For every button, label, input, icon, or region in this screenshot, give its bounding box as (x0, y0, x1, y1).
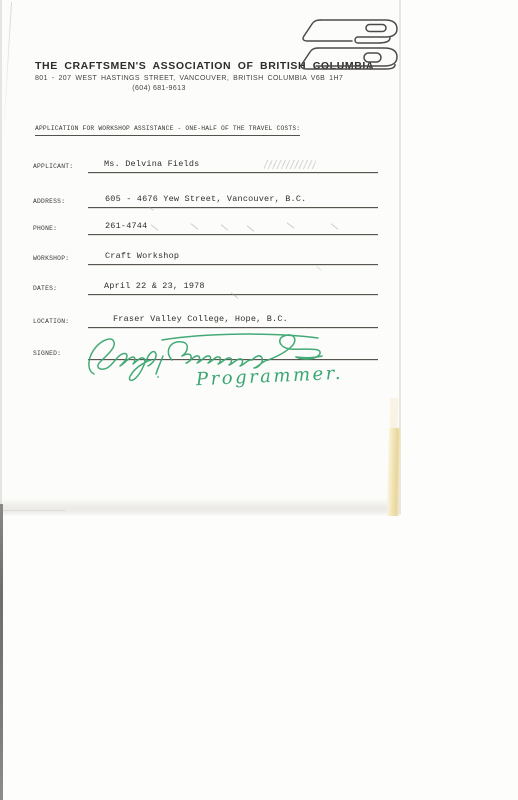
field-label-location: LOCATION: (33, 318, 69, 325)
field-line (88, 234, 378, 235)
field-value-location: Fraser Valley College, Hope, B.C. (113, 314, 288, 324)
field-value-applicant: Ms. Delvina Fields (104, 159, 199, 169)
field-line (88, 264, 378, 265)
backing-sheet-edge (0, 504, 3, 800)
scanned-document: THE CRAFTSMEN'S ASSOCIATION OF BRITISH C… (0, 0, 518, 800)
field-label-workshop: WORKSHOP: (33, 255, 69, 262)
field-value-dates: April 22 & 23, 1978 (104, 281, 205, 291)
yellowed-page-edge (387, 428, 401, 516)
field-label-dates: DATES: (33, 285, 57, 292)
field-label-signed: SIGNED: (33, 350, 61, 357)
field-line (88, 172, 378, 173)
sheet-bottom-edge-line (3, 510, 65, 511)
field-value-phone: 261-4744 (105, 221, 147, 231)
field-line (88, 207, 378, 208)
org-phone: (604) 681-9613 (35, 85, 283, 92)
sheet-bottom-shadow (0, 498, 400, 516)
field-label-address: ADDRESS: (33, 198, 65, 205)
field-value-address: 605 - 4676 Yew Street, Vancouver, B.C. (105, 194, 306, 204)
document-title: APPLICATION FOR WORKSHOP ASSISTANCE - ON… (35, 125, 300, 136)
field-label-applicant: APPLICANT: (33, 163, 73, 170)
org-logo-icon (300, 18, 400, 74)
pencil-smudge (264, 160, 316, 169)
field-label-phone: PHONE: (33, 225, 57, 232)
org-address: 801 - 207 WEST HASTINGS STREET, VANCOUVE… (35, 75, 343, 82)
field-line (88, 327, 378, 328)
field-value-workshop: Craft Workshop (105, 251, 179, 261)
left-page-edge (0, 0, 2, 506)
